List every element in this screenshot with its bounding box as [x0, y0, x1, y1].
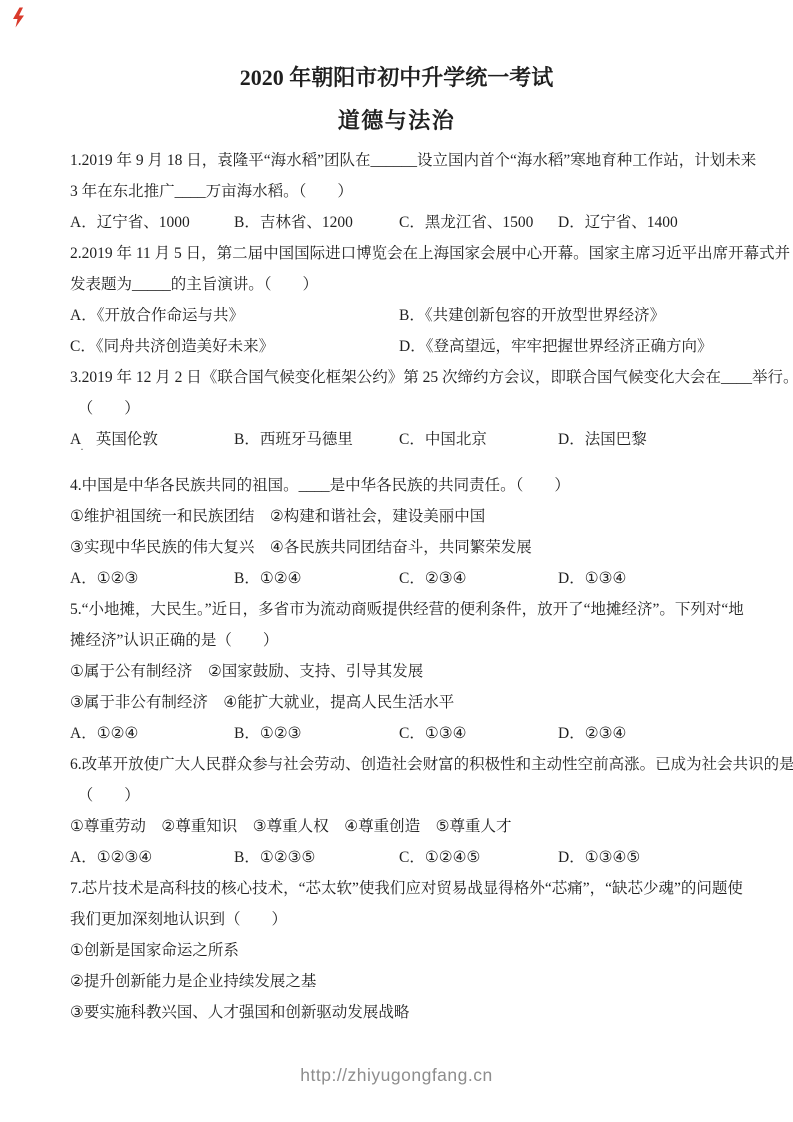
q5-options-row: A．①②④ B．①②③ C．①③④ D．②③④	[70, 718, 730, 749]
q4-option-a: A．①②③	[70, 563, 138, 594]
q4-option-c: C．②③④	[399, 563, 467, 594]
section-spacer	[70, 455, 730, 470]
q5-stem-line2: 摊经济”认识正确的是（ ）	[70, 625, 730, 656]
q6-option-d: D．①③④⑤	[558, 842, 640, 873]
q2-option-d: D．《登高望远，牢牢把握世界经济正确方向》	[399, 331, 712, 362]
footer-watermark-url: http://zhiyugongfang.cn	[0, 1065, 793, 1086]
q4-stem-line1: 4.中国是中华各民族共同的祖国。____是中华各民族的共同责任。（ ）	[70, 470, 730, 501]
stray-mark: ·	[80, 443, 84, 455]
red-flame-icon	[10, 7, 27, 28]
q2-stem-line1: 2.2019 年 11 月 5 日，第二届中国国际进口博览会在上海国家会展中心开…	[70, 238, 730, 269]
q6-stem-line2: （ ）	[70, 780, 730, 811]
q5-option-b: B．①②③	[234, 718, 302, 749]
q1-stem-line2: 3 年在东北推广____万亩海水稻。（ ）	[70, 176, 730, 207]
exam-title: 2020 年朝阳市初中升学统一考试	[0, 61, 793, 92]
q2-options-row-ab: A．《开放合作命运与共》 B．《共建创新包容的开放型世界经济》	[70, 300, 730, 331]
q2-option-c: C．《同舟共济创造美好未来》	[70, 331, 274, 362]
q1-options-row: A．辽宁省、1000 B．吉林省、1200 C．黑龙江省、1500 D．辽宁省、…	[70, 207, 730, 238]
q3-option-d: D．法国巴黎	[558, 424, 647, 455]
q2-options-row-cd: C．《同舟共济创造美好未来》 D．《登高望远，牢牢把握世界经济正确方向》	[70, 331, 730, 362]
q1-option-d: D．辽宁省、1400	[558, 207, 678, 238]
q2-stem-line2: 发表题为_____的主旨演讲。（ ）	[70, 269, 730, 300]
q6-option-b: B．①②③⑤	[234, 842, 315, 873]
exam-subject-title: 道德与法治	[0, 104, 793, 135]
q6-option-c: C．①②④⑤	[399, 842, 480, 873]
q5-stem-line1: 5.“小地摊，大民生。”近日，多省市为流动商贩提供经营的便利条件，放开了“地摊经…	[70, 594, 730, 625]
q1-stem-line1: 1.2019 年 9 月 18 日，袁隆平“海水稻”团队在______设立国内首…	[70, 145, 730, 176]
q3-option-c: C．中国北京	[399, 424, 487, 455]
questions-body: 1.2019 年 9 月 18 日，袁隆平“海水稻”团队在______设立国内首…	[70, 145, 730, 1028]
q5-items-line2: ③属于非公有制经济 ④能扩大就业，提高人民生活水平	[70, 687, 730, 718]
q3-stem-line2: （ ）	[70, 393, 730, 424]
q5-option-a: A．①②④	[70, 718, 138, 749]
q4-option-b: B．①②④	[234, 563, 302, 594]
q2-option-a: A．《开放合作命运与共》	[70, 300, 244, 331]
q3-stem-line1: 3.2019 年 12 月 2 日《联合国气候变化框架公约》第 25 次缔约方会…	[70, 362, 730, 393]
q6-stem-line1: 6.改革开放使广大人民群众参与社会劳动、创造社会财富的积极性和主动性空前高涨。已…	[70, 749, 730, 780]
q7-item-line3: ③要实施科教兴国、人才强国和创新驱动发展战略	[70, 997, 730, 1028]
q7-item-line1: ①创新是国家命运之所系	[70, 935, 730, 966]
q5-items-line1: ①属于公有制经济 ②国家鼓励、支持、引导其发展	[70, 656, 730, 687]
q5-option-d: D．②③④	[558, 718, 626, 749]
q1-option-c: C．黑龙江省、1500	[399, 207, 533, 238]
q6-option-a: A．①②③④	[70, 842, 152, 873]
q7-stem-line2: 我们更加深刻地认识到（ ）	[70, 904, 730, 935]
q2-option-b: B．《共建创新包容的开放型世界经济》	[399, 300, 665, 331]
q3-options-row: A 英国伦敦 B．西班牙马德里 C．中国北京 D．法国巴黎	[70, 424, 730, 455]
q7-item-line2: ②提升创新能力是企业持续发展之基	[70, 966, 730, 997]
q6-items-line1: ①尊重劳动 ②尊重知识 ③尊重人权 ④尊重创造 ⑤尊重人才	[70, 811, 730, 842]
q4-option-d: D．①③④	[558, 563, 626, 594]
q4-items-line2: ③实现中华民族的伟大复兴 ④各民族共同团结奋斗，共同繁荣发展	[70, 532, 730, 563]
q1-option-a: A．辽宁省、1000	[70, 207, 190, 238]
q4-options-row: A．①②③ B．①②④ C．②③④ D．①③④	[70, 563, 730, 594]
q4-items-line1: ①维护祖国统一和民族团结 ②构建和谐社会，建设美丽中国	[70, 501, 730, 532]
q7-stem-line1: 7.芯片技术是高科技的核心技术，“芯太软”使我们应对贸易战显得格外“芯痛”，“缺…	[70, 873, 730, 904]
q6-options-row: A．①②③④ B．①②③⑤ C．①②④⑤ D．①③④⑤	[70, 842, 730, 873]
q5-option-c: C．①③④	[399, 718, 467, 749]
q1-option-b: B．吉林省、1200	[234, 207, 353, 238]
q3-option-b: B．西班牙马德里	[234, 424, 353, 455]
exam-paper-page: 2020 年朝阳市初中升学统一考试 道德与法治 1.2019 年 9 月 18 …	[0, 0, 793, 1122]
